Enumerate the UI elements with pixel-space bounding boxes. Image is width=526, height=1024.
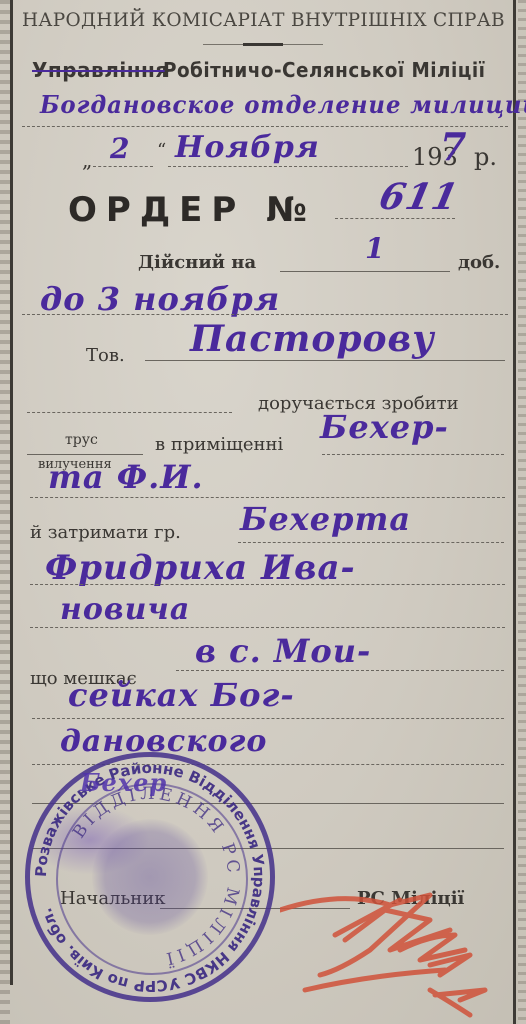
instruction-blank-line [27,412,232,413]
date-year-suffix: р. [474,143,497,171]
premises-line-2 [30,497,505,498]
detain-line-2-value: Фридриха Ива- [45,548,356,588]
department-name: Робітничо-Селянської Міліції [163,58,485,82]
svg-text:ВІДДІЛЕННЯ РС МІЛІЦІЇ: ВІДДІЛЕННЯ РС МІЛІЦІЇ [69,784,243,970]
department-struck: Управління [32,58,169,82]
header-rule-bold [243,43,283,46]
document-page: НАРОДНИЙ КОМІСАРІАТ ВНУТРІШНІХ СПРАВ Упр… [0,0,526,1024]
validity-until: до 3 ноября [40,280,280,318]
date-year-handwritten: 7 [440,124,467,169]
residence-line-1-value: в с. Мои- [195,632,371,670]
perforation-left [0,0,10,1024]
validity-label: Дійсний на [138,252,256,273]
department-line [22,126,508,127]
premises-line-1 [322,454,504,455]
commissariat-header: НАРОДНИЙ КОМІСАРІАТ ВНУТРІШНІХ СПРАВ [22,10,505,31]
residence-line-1 [176,670,504,671]
date-open-quote: „ [82,148,92,172]
date-month: Ноября [175,130,320,165]
detain-line-1-value: Бехерта [240,500,411,538]
seal-handwritten-overlay: Бехер [80,768,167,797]
department-handwritten: Богдановское отделение милиции [40,90,526,119]
premises-label: в приміщенні [155,434,283,455]
detain-line-3-value: новича [60,592,190,627]
instruction-option-search: трус [65,432,98,448]
order-number-line [335,218,455,219]
validity-unit: доб. [458,252,500,273]
detain-label: й затримати гр. [30,522,181,543]
perforation-right [518,0,526,1024]
validity-value: 1 [365,232,385,265]
officer-name: Пасторову [190,318,435,360]
residence-line-2-value: сейках Бог- [68,676,295,714]
validity-line [280,271,450,272]
seal-inner-text: ВІДДІЛЕННЯ РС МІЛІЦІЇ [69,784,243,970]
date-day-line [93,166,153,167]
frame-border-right [513,0,516,1024]
residence-line-2 [32,718,504,719]
date-day: 2 [110,132,130,165]
order-number: 611 [376,176,463,218]
order-title: ОРДЕР № [68,190,316,230]
detain-line-3 [30,627,505,628]
premises-value-2: та Ф.И. [48,458,204,496]
frame-border-left [10,0,13,985]
validity-until-line [22,314,508,315]
detain-line-2 [30,584,505,585]
date-month-line [168,166,408,167]
red-signature [280,840,500,1020]
date-close-quote: “ [157,140,166,161]
premises-value-1: Бехер- [320,408,449,446]
officer-label: Тов. [86,345,125,366]
instruction-option-divider [27,454,143,455]
officer-line [145,360,505,361]
detain-line-1 [238,542,504,543]
